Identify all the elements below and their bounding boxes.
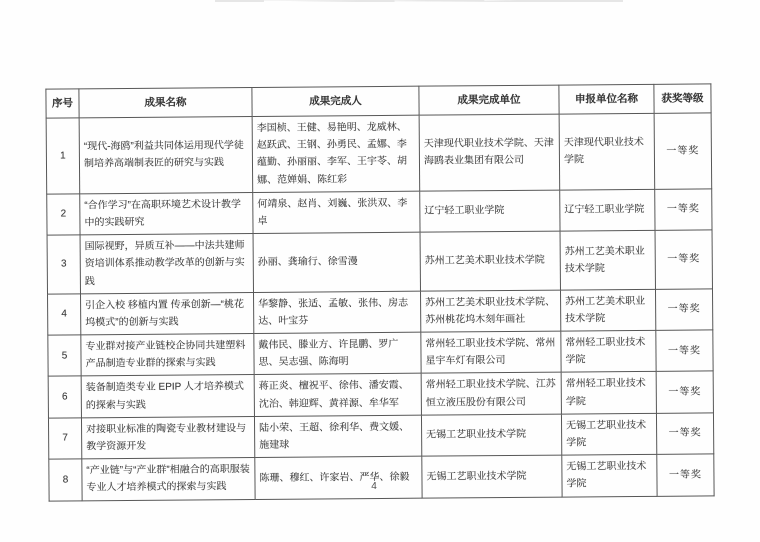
cell-award-level: 一等奖 <box>655 189 712 231</box>
cell-completers: 何靖泉、赵肖、刘巍、张洪双、李卓 <box>253 191 420 234</box>
cell-award-level: 一等奖 <box>654 113 712 189</box>
page-number: 4 <box>0 481 754 492</box>
column-header: 成果名称 <box>79 87 252 117</box>
cell-completing-unit: 无锡工艺职业技术学院 <box>421 414 561 456</box>
cell-applicant-unit: 苏州工艺美术职业技术学院 <box>560 231 655 290</box>
cell-achievement-name: 装备制造类专业 EPIP 人才培养模式的探索与实践 <box>81 375 254 418</box>
cell-completers: 陈珊、穆红、许家岩、严华、徐毅 <box>255 456 422 499</box>
cell-completing-unit: 天津现代职业技术学院、天津海鸥表业集团有限公司 <box>419 114 560 191</box>
cell-serial-number: 3 <box>47 235 80 294</box>
column-header: 申报单位名称 <box>559 84 654 114</box>
cell-award-level: 一等奖 <box>656 413 713 455</box>
cell-completing-unit: 苏州工艺美术职业技术学院 <box>420 231 560 291</box>
cell-completers: 陆小荣、王超、徐利华、费文媛、施建球 <box>254 415 421 458</box>
scanned-document-page: 序号成果名称成果完成人成果完成单位申报单位名称获奖等级 1 “现代-海鸥”利益共… <box>0 0 760 542</box>
table-row: 3 国际视野，异质互补——中法共建师资培训体系推动教学改革的创新与实践 孙丽、龚… <box>47 230 712 294</box>
cell-serial-number: 2 <box>47 194 80 236</box>
cell-achievement-name: 引企入校 移植内置 传承创新—“桃花坞模式”的创新与实践 <box>81 292 254 335</box>
table-row: 5 专业群对接产业链校企协同共建塑料产品制造专业群的探索与实践 戴伟民、滕业方、… <box>48 330 713 377</box>
cell-achievement-name: 国际视野，异质互补——中法共建师资培训体系推动教学改革的创新与实践 <box>80 234 253 294</box>
cell-completers: 华黎静、张适、孟敏、张伟、房志达、叶宝芬 <box>253 291 420 334</box>
results-table: 序号成果名称成果完成人成果完成单位申报单位名称获奖等级 1 “现代-海鸥”利益共… <box>45 83 714 501</box>
cell-applicant-unit: 天津现代职业技术学院 <box>559 113 655 189</box>
column-header: 序号 <box>46 89 79 118</box>
cell-achievement-name: “产业链”与“产业群”相融合的高职服装专业人才培养模式的探索与实践 <box>82 458 255 501</box>
cell-completers: 李国桢、王健、易艳明、龙威林、赵跃武、王钢、孙勇民、孟娜、李蕴勤、孙丽丽、李军、… <box>252 115 420 192</box>
column-header: 成果完成人 <box>252 86 419 116</box>
cell-completers: 孙丽、龚瑜行、徐雪漫 <box>253 232 420 292</box>
cell-award-level: 一等奖 <box>655 289 712 331</box>
cell-completers: 戴伟民、滕业方、许昆鹏、罗广思、吴志强、陈海明 <box>254 332 421 375</box>
table-row: 7 对接职业标准的陶瓷专业教材建设与教学资源开发 陆小荣、王超、徐利华、费文媛、… <box>48 413 713 460</box>
cell-completing-unit: 苏州工艺美术职业技术学院、苏州桃花坞木刻年画社 <box>420 290 560 332</box>
table-row: 8 “产业链”与“产业群”相融合的高职服装专业人才培养模式的探索与实践 陈珊、穆… <box>49 454 714 501</box>
cell-completing-unit: 常州轻工职业技术学院、江苏恒立液压股份有限公司 <box>421 373 561 415</box>
cell-achievement-name: 专业群对接产业链校企协同共建塑料产品制造专业群的探索与实践 <box>81 334 254 377</box>
table-row: 1 “现代-海鸥”利益共同体运用现代学徒制培养高端制表匠的研究与实践 李国桢、王… <box>46 113 712 194</box>
cell-achievement-name: “现代-海鸥”利益共同体运用现代学徒制培养高端制表匠的研究与实践 <box>79 117 253 194</box>
table-row: 6 装备制造类专业 EPIP 人才培养模式的探索与实践 蒋正炎、檀祝平、徐伟、潘… <box>48 371 713 418</box>
cell-award-level: 一等奖 <box>656 371 713 413</box>
cell-completing-unit: 常州轻工职业技术学院、常州星宇车灯有限公司 <box>421 331 561 373</box>
column-header: 成果完成单位 <box>419 85 559 115</box>
cell-achievement-name: “合作学习”在高职环境艺术设计教学中的实践研究 <box>80 192 253 235</box>
cell-serial-number: 5 <box>48 335 81 377</box>
cell-applicant-unit: 辽宁轻工职业学院 <box>560 189 655 231</box>
cell-applicant-unit: 常州轻工职业技术学院 <box>561 372 656 414</box>
cell-serial-number: 8 <box>49 459 82 501</box>
cell-serial-number: 6 <box>48 376 81 418</box>
cell-applicant-unit: 无锡工艺职业技术学院 <box>561 413 656 455</box>
cell-applicant-unit: 常州轻工职业技术学院 <box>561 330 656 372</box>
cell-completers: 蒋正炎、檀祝平、徐伟、潘安霞、沈治、韩迎辉、黄祥源、牟华军 <box>254 374 421 417</box>
table-row: 4 引企入校 移植内置 传承创新—“桃花坞模式”的创新与实践 华黎静、张适、孟敏… <box>48 289 713 336</box>
cell-completing-unit: 辽宁轻工职业学院 <box>420 190 560 232</box>
table-body: 1 “现代-海鸥”利益共同体运用现代学徒制培养高端制表匠的研究与实践 李国桢、王… <box>46 113 714 501</box>
column-header: 获奖等级 <box>654 84 711 113</box>
awards-table-container: 序号成果名称成果完成人成果完成单位申报单位名称获奖等级 1 “现代-海鸥”利益共… <box>45 83 714 501</box>
cell-serial-number: 1 <box>46 118 80 194</box>
cell-achievement-name: 对接职业标准的陶瓷专业教材建设与教学资源开发 <box>81 416 254 459</box>
table-row: 2 “合作学习”在高职环境艺术设计教学中的实践研究 何靖泉、赵肖、刘巍、张洪双、… <box>47 189 712 236</box>
cell-applicant-unit: 苏州工艺美术职业技术学院 <box>560 289 655 331</box>
cell-award-level: 一等奖 <box>655 230 712 289</box>
cell-award-level: 一等奖 <box>656 330 713 372</box>
cell-serial-number: 4 <box>48 294 81 336</box>
scan-edge-artifact <box>215 0 623 2</box>
cell-serial-number: 7 <box>48 418 81 460</box>
